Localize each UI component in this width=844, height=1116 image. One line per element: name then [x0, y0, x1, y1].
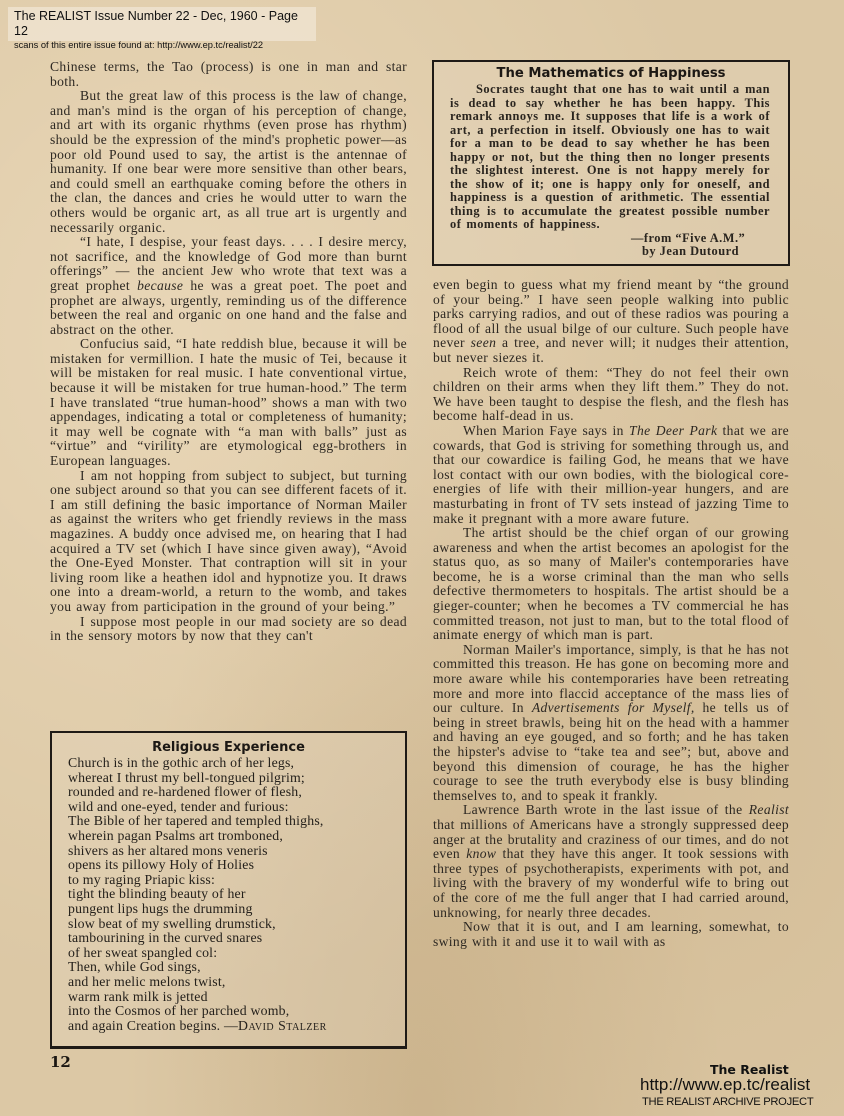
article-paragraph: The artist should be the chief organ of … [433, 526, 789, 643]
poem-line: and again Creation begins. —David Stalze… [68, 1019, 405, 1034]
page-number: 12 [50, 1053, 71, 1071]
poem-line: to my raging Priapic kiss: [68, 873, 405, 888]
article-column-right: even begin to guess what my friend meant… [433, 278, 789, 949]
sidebar-body: Socrates taught that one has to wait unt… [450, 83, 770, 232]
poem-line: of her sweat spangled col: [68, 946, 405, 961]
article-paragraph: Norman Mailer's importance, simply, is t… [433, 643, 789, 804]
article-paragraph: Confucius said, “I hate reddish blue, be… [50, 337, 407, 468]
article-paragraph: “I hate, I despise, your feast days. . .… [50, 235, 407, 337]
article-paragraph: Chinese terms, the Tao (process) is one … [50, 60, 407, 89]
poem-title: Religious Experience [52, 740, 405, 756]
poem-line: rounded and re-hardened flower of flesh, [68, 785, 405, 800]
sidebar-mathematics-of-happiness: The Mathematics of Happiness Socrates ta… [432, 60, 790, 266]
poem-line: wild and one-eyed, tender and furious: [68, 800, 405, 815]
article-paragraph: even begin to guess what my friend meant… [433, 278, 789, 366]
poem-line: warm rank milk is jetted [68, 990, 405, 1005]
poem-line: and her melic melons twist, [68, 975, 405, 990]
poem-line: Church is in the gothic arch of her legs… [68, 756, 405, 771]
archive-source-note: scans of this entire issue found at: htt… [14, 39, 310, 51]
poem-line: into the Cosmos of her parched womb, [68, 1004, 405, 1019]
sidebar-paragraph: Socrates taught that one has to wait unt… [450, 83, 770, 232]
poem-line: tambourining in the curved snares [68, 931, 405, 946]
poem-line: tight the blinding beauty of her [68, 887, 405, 902]
archive-url: http://www.ep.tc/realist [640, 1075, 810, 1095]
archive-header-banner: The REALIST Issue Number 22 - Dec, 1960 … [8, 7, 316, 41]
article-paragraph: Now that it is out, and I am learning, s… [433, 920, 789, 949]
article-paragraph: Lawrence Barth wrote in the last issue o… [433, 803, 789, 920]
poem-line: pungent lips hugs the drumming [68, 902, 405, 917]
archive-project-name: THE REALIST ARCHIVE PROJECT [642, 1096, 813, 1108]
poem-author: David Stalzer [238, 1018, 327, 1033]
poem-line: Then, while God sings, [68, 960, 405, 975]
poem-line: whereat I thrust my bell-tongued pilgrim… [68, 771, 405, 786]
poem-line: opens its pillowy Holy of Holies [68, 858, 405, 873]
article-column-left: Chinese terms, the Tao (process) is one … [50, 60, 407, 644]
bottom-rule [50, 1046, 407, 1048]
sidebar-religious-experience-poem: Religious Experience Church is in the go… [50, 731, 407, 1049]
poem-line: wherein pagan Psalms art tromboned, [68, 829, 405, 844]
article-paragraph: When Marion Faye says in The Deer Park t… [433, 424, 789, 526]
sidebar-title: The Mathematics of Happiness [434, 66, 788, 82]
sidebar-attribution-source: —from “Five A.M.” [631, 232, 788, 246]
poem-line: The Bible of her tapered and templed thi… [68, 814, 405, 829]
poem-line: slow beat of my swelling drumstick, [68, 917, 405, 932]
issue-title: The REALIST Issue Number 22 - Dec, 1960 … [14, 9, 310, 39]
article-paragraph: But the great law of this process is the… [50, 89, 407, 235]
article-paragraph: I suppose most people in our mad society… [50, 615, 407, 644]
sidebar-attribution-author: by Jean Dutourd [642, 245, 788, 259]
article-paragraph: I am not hopping from subject to subject… [50, 469, 407, 615]
poem-body: Church is in the gothic arch of her legs… [68, 756, 405, 1033]
poem-line: shivers as her altared mons veneris [68, 844, 405, 859]
article-paragraph: Reich wrote of them: “They do not feel t… [433, 366, 789, 424]
